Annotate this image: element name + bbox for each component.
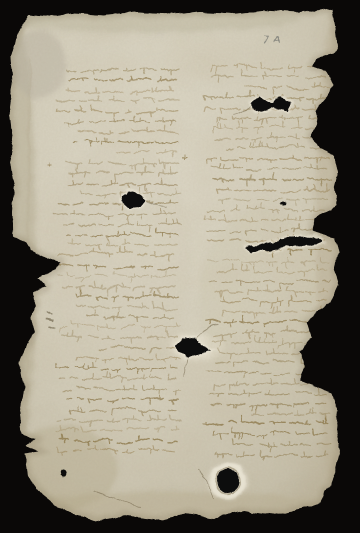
manuscript-photo: 7A <box>0 0 360 533</box>
folio-annotation: 7A <box>263 34 285 47</box>
small-hole <box>60 471 66 477</box>
round-hole <box>213 466 243 496</box>
small-hole <box>282 202 287 207</box>
parchment-page: 7A <box>0 0 360 533</box>
round-hole-opening <box>217 470 239 492</box>
